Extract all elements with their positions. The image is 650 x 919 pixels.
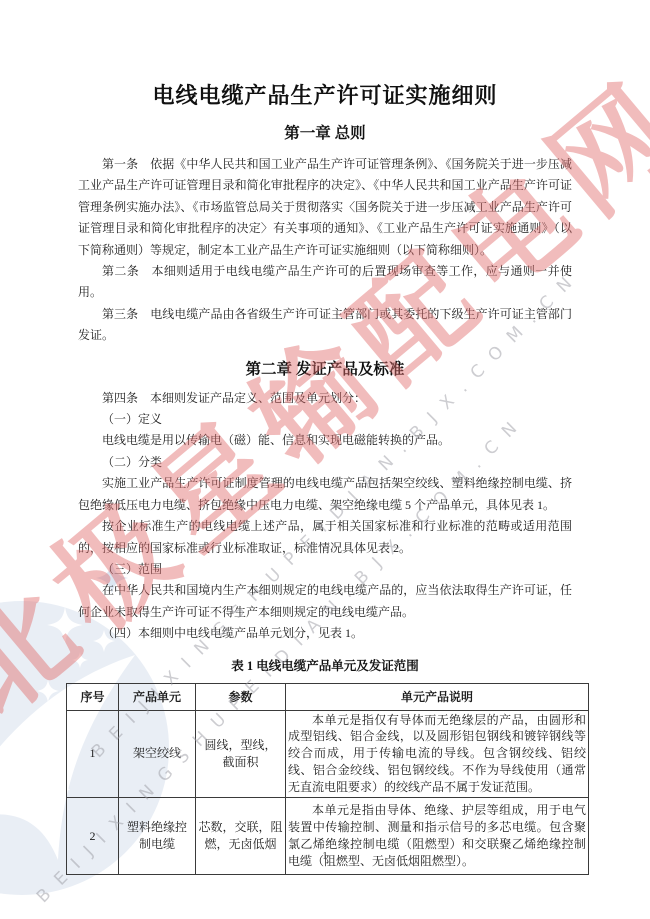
paragraph-article3: 第三条 电线电缆产品由各省级生产许可证主管部门或其委托的下级生产许可证主管部门发…: [78, 304, 572, 347]
product-units-table: 序号 产品单元 参数 单元产品说明 1 架空绞线 圆线，型线， 截面积 本单元是…: [66, 683, 589, 876]
col-header-desc: 单元产品说明: [286, 683, 589, 710]
paragraph-classification-2: 按企业标准生产的电线电缆上述产品，属于相关国家标准和行业标准的范畴或适用范围的，…: [78, 516, 572, 559]
table-row: 2 塑料绝缘控 制电缆 芯数，交联，阻 燃，无卤低烟 本单元是指由导体、绝缘、护…: [67, 798, 589, 875]
paragraph-unit-division: （四）本细则中电线电缆产品单元划分，见表 1。: [78, 623, 572, 644]
paragraph-definition: 电线电缆是用以传输电（磁）能、信息和实现电磁能转换的产品。: [78, 430, 572, 451]
paragraph-scope-label: （三）范围: [78, 559, 572, 580]
paragraph-scope: 在中华人民共和国境内生产本细则规定的电线电缆产品的，应当依法取得生产许可证，任何…: [78, 580, 572, 623]
paragraph-definition-label: （一）定义: [78, 409, 572, 430]
table-row: 1 架空绞线 圆线，型线， 截面积 本单元是指仅有导体而无绝缘层的产品，由圆形和…: [67, 710, 589, 798]
cell-unit: 塑料绝缘控 制电缆: [119, 798, 196, 875]
page-number: 1: [0, 850, 650, 862]
chapter2-body: 第四条 本细则发证产品定义、范围及单元划分： （一）定义 电线电缆是用以传输电（…: [78, 388, 572, 645]
table1-caption: 表 1 电线电缆产品单元及发证范围: [78, 659, 572, 674]
cell-desc: 本单元是指仅有导体而无绝缘层的产品，由圆形和成型铝线、铝合金线，以及圆形铝包钢线…: [286, 710, 589, 798]
paragraph-article2: 第二条 本细则适用于电线电缆产品生产许可的后置现场审查等工作，应与通则一并使用。: [78, 261, 572, 304]
document-page: 电线电缆产品生产许可证实施细则 第一章 总则 第一条 依据《中华人民共和国工业产…: [0, 0, 650, 919]
paragraph-classification-1: 实施工业产品生产许可证制度管理的电线电缆产品包括架空绞线、塑料绝缘控制电缆、挤包…: [78, 473, 572, 516]
cell-no: 2: [67, 798, 119, 875]
document-content: 电线电缆产品生产许可证实施细则 第一章 总则 第一条 依据《中华人民共和国工业产…: [78, 0, 572, 875]
cell-params: 芯数，交联，阻 燃，无卤低烟: [196, 798, 286, 875]
col-header-unit: 产品单元: [119, 683, 196, 710]
chapter1-body: 第一条 依据《中华人民共和国工业产品生产许可证管理条例》、《国务院关于进一步压减…: [78, 154, 572, 347]
page-title: 电线电缆产品生产许可证实施细则: [78, 84, 572, 108]
col-header-params: 参数: [196, 683, 286, 710]
table-header-row: 序号 产品单元 参数 单元产品说明: [67, 683, 589, 710]
col-header-no: 序号: [67, 683, 119, 710]
cell-no: 1: [67, 710, 119, 798]
cell-desc: 本单元是指由导体、绝缘、护层等组成，用于电气装置中传输控制、测量和指示信号的多芯…: [286, 798, 589, 875]
cell-unit: 架空绞线: [119, 710, 196, 798]
paragraph-article4: 第四条 本细则发证产品定义、范围及单元划分：: [78, 388, 572, 409]
chapter2-heading: 第二章 发证产品及标准: [78, 361, 572, 379]
chapter1-heading: 第一章 总则: [78, 125, 572, 143]
cell-params: 圆线，型线， 截面积: [196, 710, 286, 798]
paragraph-classification-label: （二）分类: [78, 452, 572, 473]
paragraph-article1: 第一条 依据《中华人民共和国工业产品生产许可证管理条例》、《国务院关于进一步压减…: [78, 154, 572, 261]
